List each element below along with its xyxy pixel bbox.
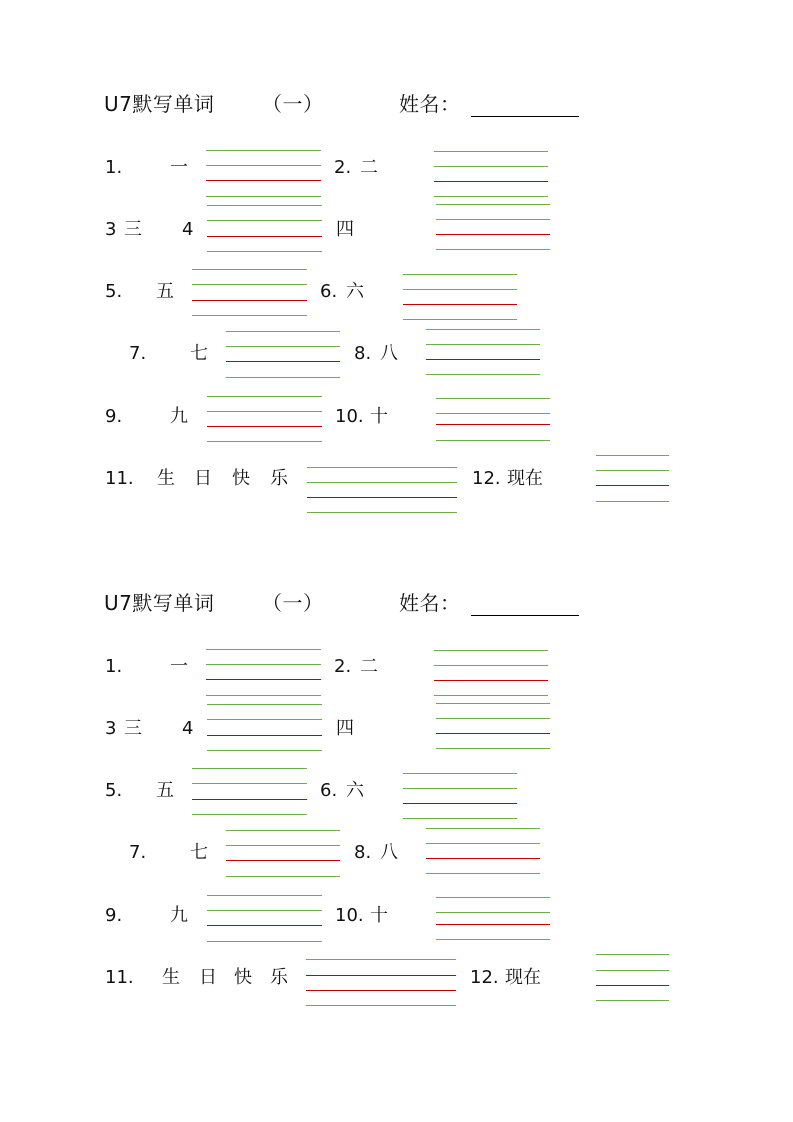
item-number-4: 4 [182,720,193,738]
item-word-2: 二 [360,159,378,177]
item-word-4: 四 [336,221,354,239]
item-word-5: 五 [156,283,174,301]
item-word-2: 二 [360,658,378,676]
item-char-11-3: 快 [234,969,252,987]
writing-guide-3-4[interactable] [207,205,322,252]
item-number-6: 6. [320,283,337,301]
item-number-12: 12. [470,969,499,987]
writing-guide-6[interactable] [403,274,517,321]
worksheet-1: U7默写单词 （一） 姓名： 1. 一 2. 二 3 三 4 四 5. 五 6.… [0,0,793,500]
item-word-1: 一 [170,658,188,676]
item-number-12: 12. [472,470,501,488]
item-number-9: 9. [105,907,122,925]
item-word-3: 三 [124,221,142,239]
item-number-2: 2. [334,159,351,177]
writing-guide-2[interactable] [434,650,548,697]
item-word-8: 八 [380,345,398,363]
writing-guide-8[interactable] [426,828,540,875]
name-input-line[interactable] [471,116,579,117]
item-char-11-1: 生 [162,969,180,987]
item-word-6: 六 [346,782,364,800]
writing-guide-5[interactable] [192,269,307,316]
worksheet-title: U7默写单词 [104,593,214,613]
writing-guide-1[interactable] [206,150,321,197]
item-char-11-2: 日 [199,969,217,987]
item-word-12: 现在 [507,470,543,488]
item-number-11: 11. [105,969,134,987]
item-word-5: 五 [156,782,174,800]
writing-guide-10[interactable] [436,897,550,944]
item-number-2: 2. [334,658,351,676]
item-char-11-2: 日 [194,470,212,488]
worksheet-subtitle: （一） [262,94,324,114]
item-word-12: 现在 [505,969,541,987]
item-number-1: 1. [105,658,122,676]
worksheet-subtitle: （一） [262,593,324,613]
writing-guide-3-4[interactable] [207,704,322,751]
item-number-1: 1. [105,159,122,177]
item-char-11-3: 快 [232,470,250,488]
item-number-9: 9. [105,408,122,426]
item-number-5: 5. [105,283,122,301]
writing-guide-12[interactable] [596,455,669,502]
writing-guide-8[interactable] [426,329,540,376]
item-word-10: 十 [370,408,388,426]
item-word-9: 九 [170,408,188,426]
writing-guide-4[interactable] [436,204,550,251]
writing-guide-1[interactable] [206,649,321,696]
writing-guide-9[interactable] [207,396,322,443]
item-number-10: 10. [335,408,364,426]
item-number-8: 8. [354,345,371,363]
item-number-7: 7. [129,345,146,363]
item-word-8: 八 [380,844,398,862]
writing-guide-2[interactable] [434,151,548,198]
item-word-3: 三 [124,720,142,738]
name-label: 姓名： [399,94,461,114]
item-char-11-4: 乐 [270,470,288,488]
item-char-11-4: 乐 [270,969,288,987]
item-number-10: 10. [335,907,364,925]
writing-guide-11[interactable] [306,959,456,1006]
worksheet-2: U7默写单词 （一） 姓名： 1. 一 2. 二 3 三 4 四 5. 五 6.… [0,499,793,999]
item-number-4: 4 [182,221,193,239]
item-word-4: 四 [336,720,354,738]
item-word-6: 六 [346,283,364,301]
item-word-7: 七 [190,844,208,862]
name-label: 姓名： [399,593,461,613]
writing-guide-7[interactable] [226,331,340,378]
item-number-6: 6. [320,782,337,800]
writing-guide-12[interactable] [596,954,669,1001]
item-number-7: 7. [129,844,146,862]
writing-guide-7[interactable] [226,830,340,877]
writing-guide-5[interactable] [192,768,307,815]
writing-guide-10[interactable] [436,398,550,445]
item-number-5: 5. [105,782,122,800]
name-input-line[interactable] [471,615,579,616]
item-number-3: 3 [105,720,116,738]
item-number-8: 8. [354,844,371,862]
writing-guide-6[interactable] [403,773,517,820]
item-number-11: 11. [105,470,134,488]
item-number-3: 3 [105,221,116,239]
writing-guide-9[interactable] [207,895,322,942]
writing-guide-4[interactable] [436,703,550,750]
item-word-1: 一 [170,159,188,177]
item-word-10: 十 [370,907,388,925]
item-word-9: 九 [170,907,188,925]
worksheet-title: U7默写单词 [104,94,214,114]
item-word-7: 七 [190,345,208,363]
item-char-11-1: 生 [157,470,175,488]
